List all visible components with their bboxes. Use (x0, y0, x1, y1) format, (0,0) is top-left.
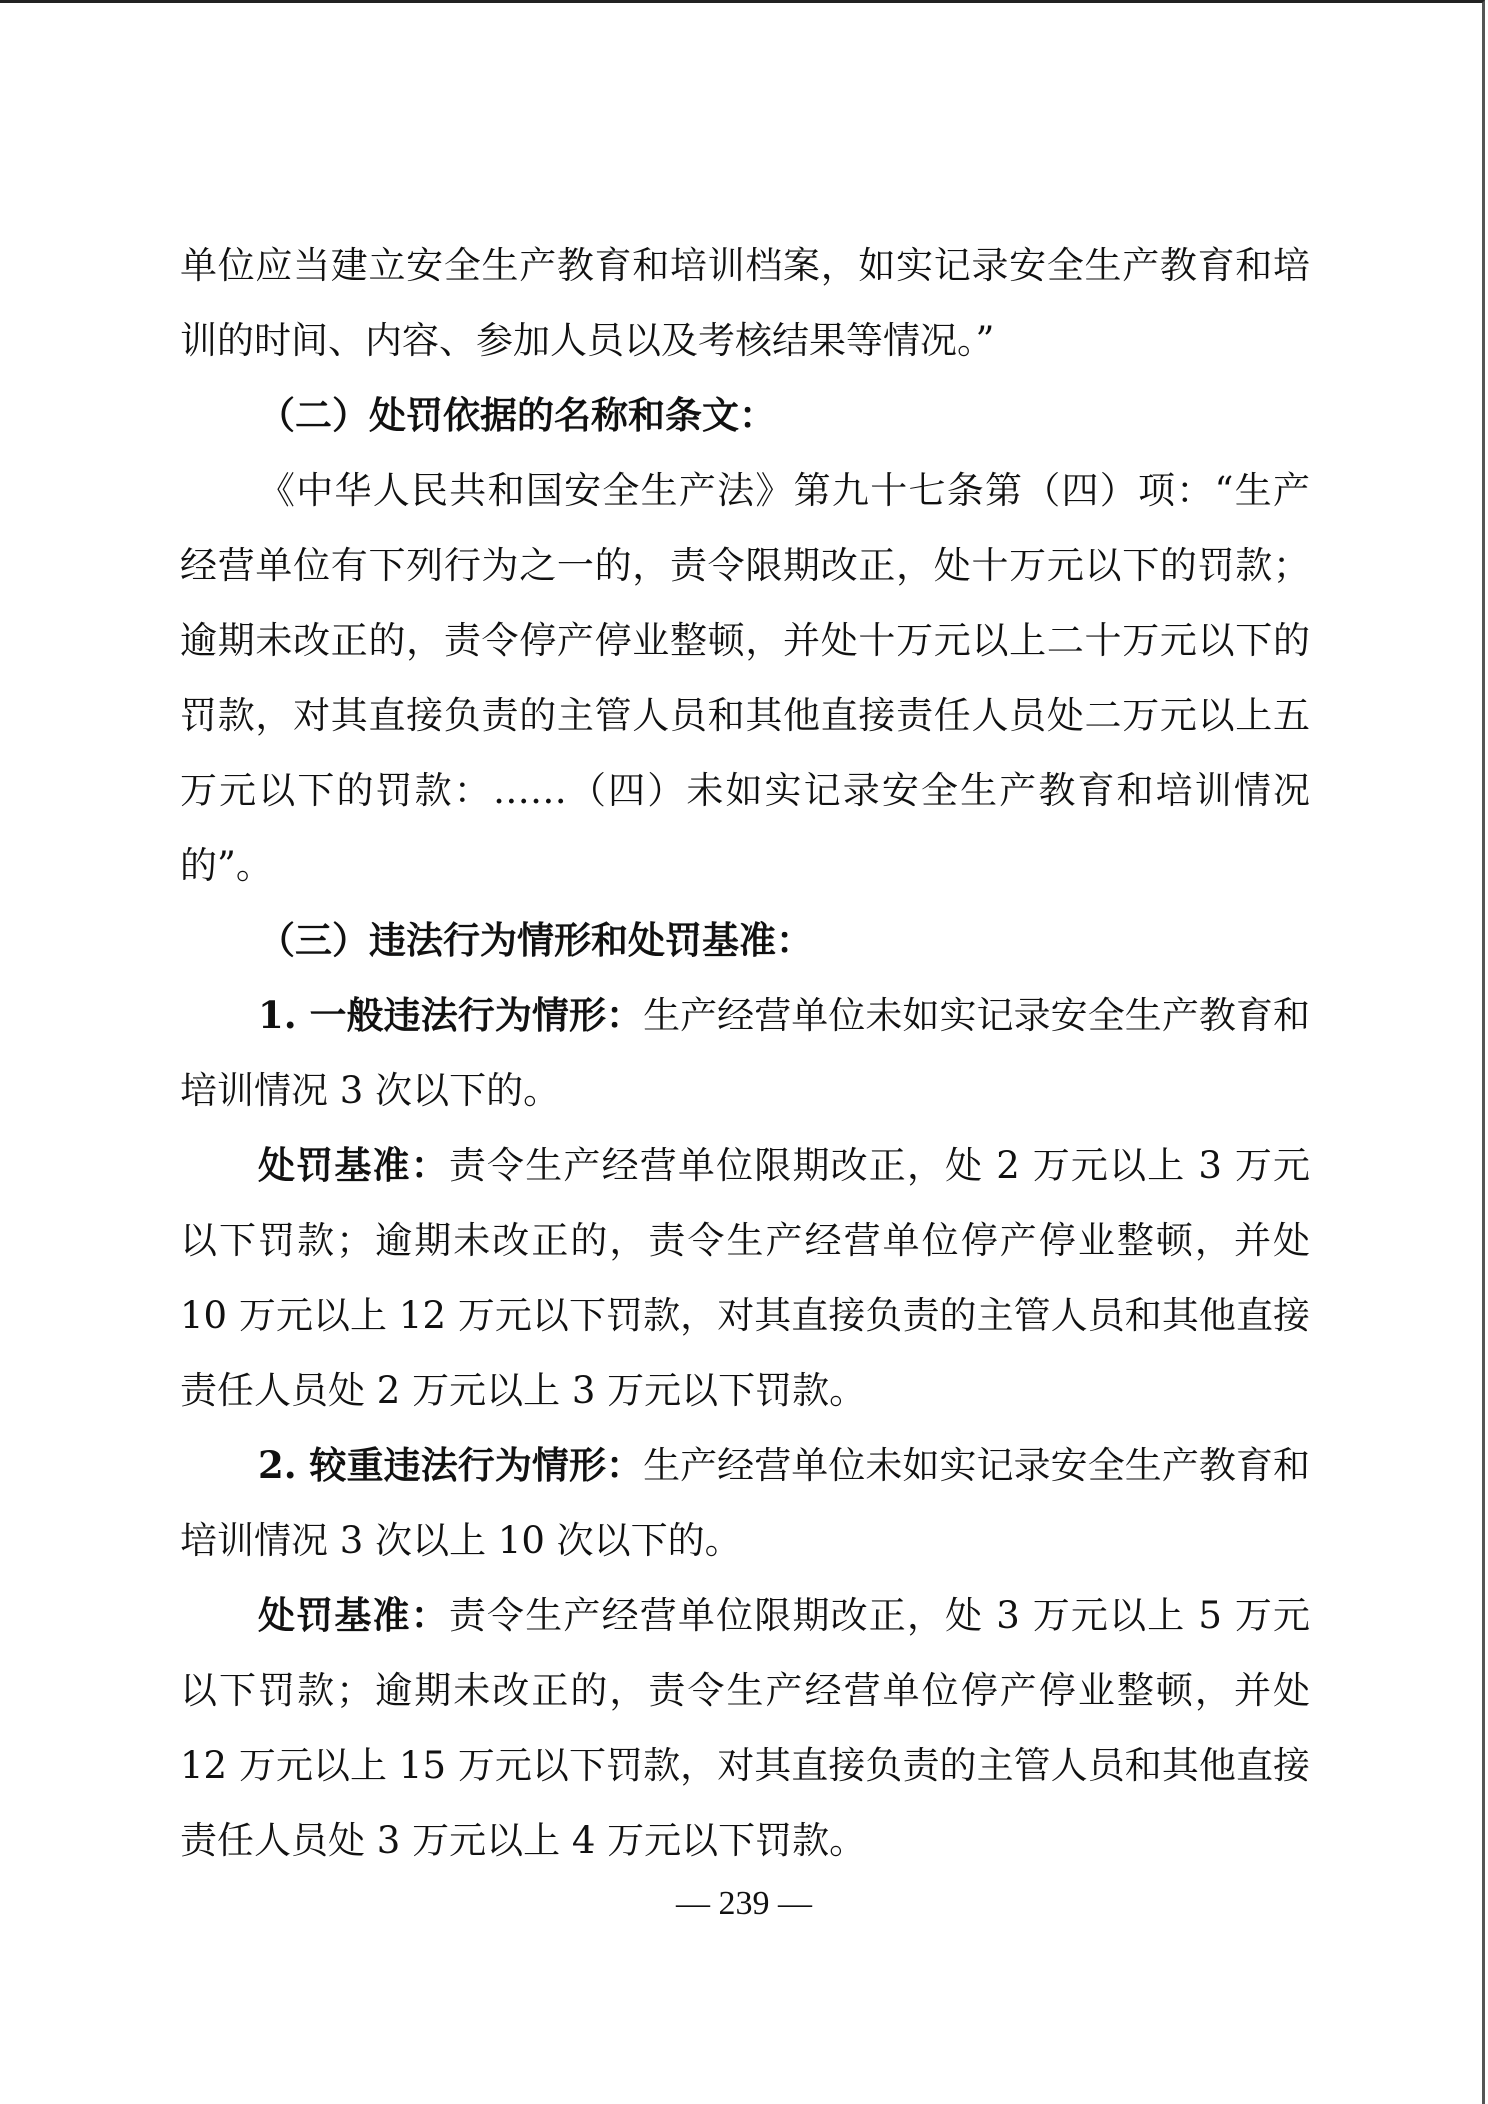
paragraph-lead: 处罚基准： (258, 1593, 449, 1637)
paragraph-lead: 2. 较重违法行为情形： (258, 1443, 643, 1487)
paragraph-continuation: 单位应当建立安全生产教育和培训档案，如实记录安全生产教育和培训的时间、内容、参加… (180, 228, 1310, 378)
paragraph-text: 单位应当建立安全生产教育和培训档案，如实记录安全生产教育和培训的时间、内容、参加… (180, 244, 1310, 362)
paragraph-text: 《中华人民共和国安全生产法》第九十七条第（四）项：“生产经营单位有下列行为之一的… (180, 469, 1310, 887)
paragraph-serious-violation: 2. 较重违法行为情形：生产经营单位未如实记录安全生产教育和培训情况 3 次以上… (180, 1428, 1310, 1578)
section-heading-violation-benchmarks: （三）违法行为情形和处罚基准： (180, 903, 1310, 978)
paragraph-law-article: 《中华人民共和国安全生产法》第九十七条第（四）项：“生产经营单位有下列行为之一的… (180, 453, 1310, 903)
paragraph-general-violation: 1. 一般违法行为情形：生产经营单位未如实记录安全生产教育和培训情况 3 次以下… (180, 978, 1310, 1128)
heading-text: （二）处罚依据的名称和条文： (258, 393, 776, 437)
paragraph-lead: 1. 一般违法行为情形： (258, 993, 643, 1037)
heading-text: （三）违法行为情形和处罚基准： (258, 918, 813, 962)
paragraph-serious-penalty: 处罚基准：责令生产经营单位限期改正，处 3 万元以上 5 万元以下罚款；逾期未改… (180, 1578, 1310, 1878)
document-page: 单位应当建立安全生产教育和培训档案，如实记录安全生产教育和培训的时间、内容、参加… (0, 0, 1485, 2104)
paragraph-general-penalty: 处罚基准：责令生产经营单位限期改正，处 2 万元以上 3 万元以下罚款；逾期未改… (180, 1128, 1310, 1428)
paragraph-lead: 处罚基准： (258, 1143, 449, 1187)
section-heading-penalty-basis: （二）处罚依据的名称和条文： (180, 378, 1310, 453)
page-number: — 239 — (0, 1885, 1488, 1923)
document-body: 单位应当建立安全生产教育和培训档案，如实记录安全生产教育和培训的时间、内容、参加… (180, 228, 1310, 1878)
